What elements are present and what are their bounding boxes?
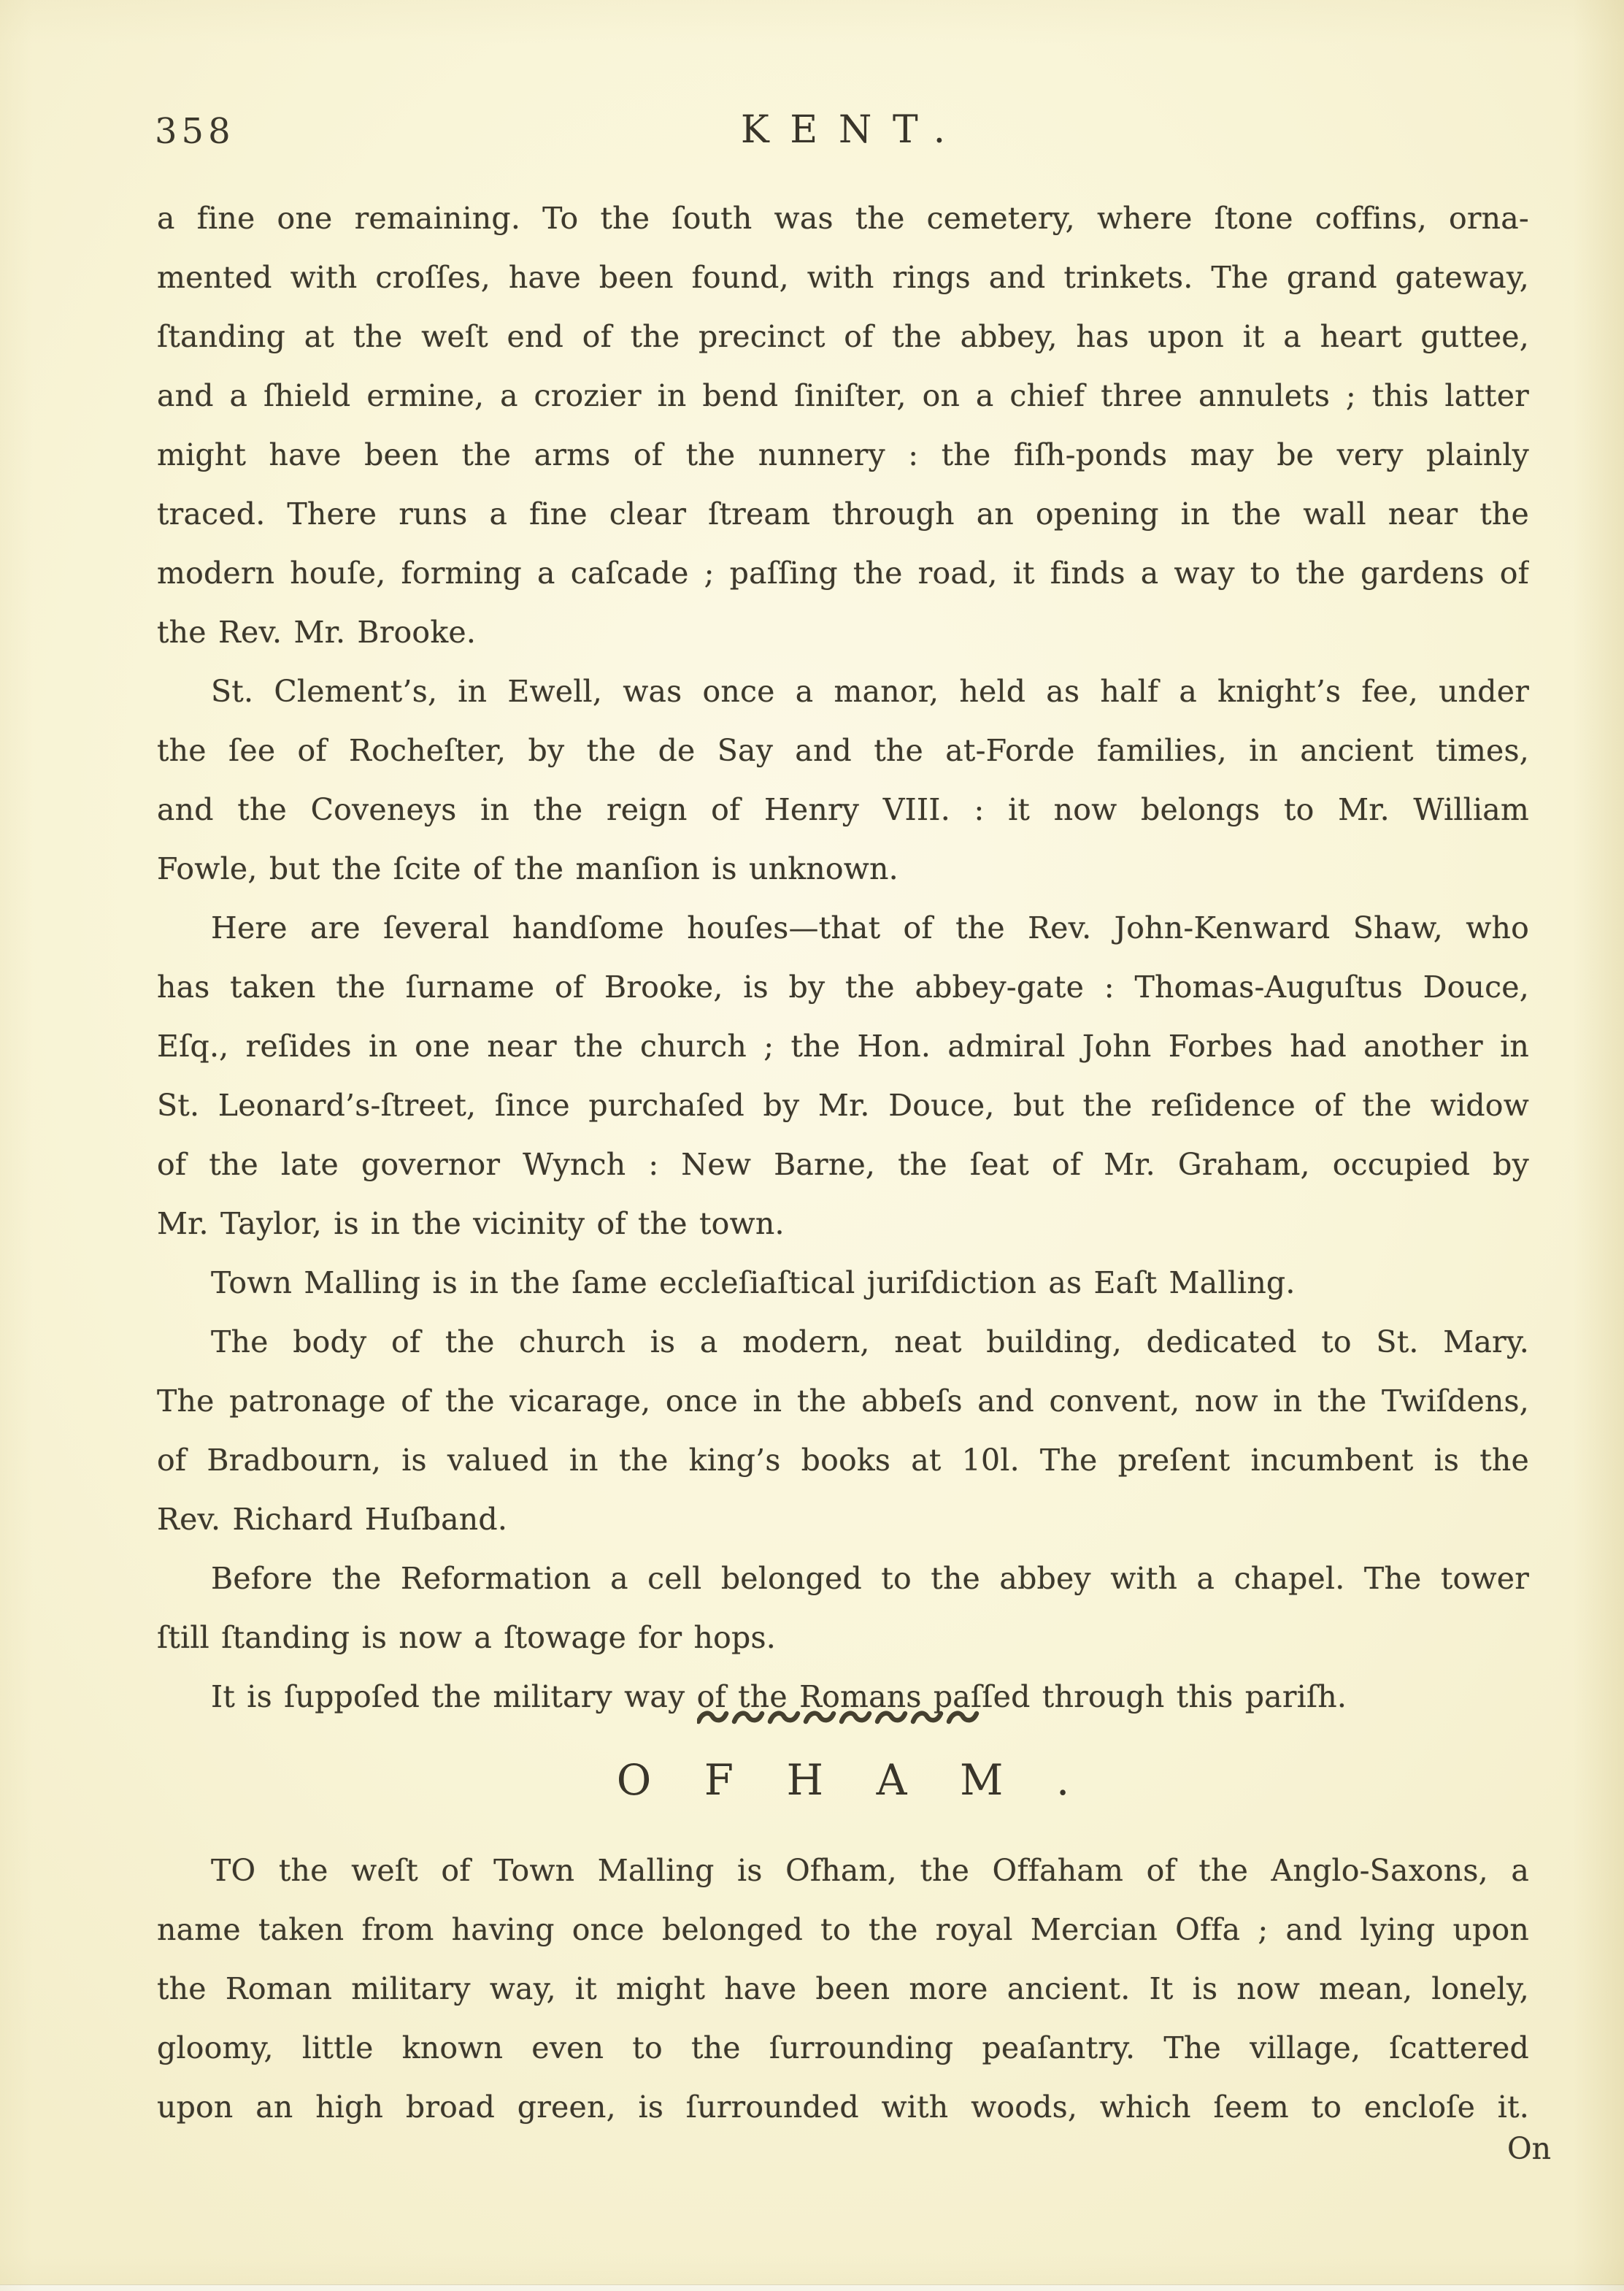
book-page-scan: 358 KENT. a fine one remaining. To the ſ… bbox=[0, 0, 1624, 2291]
text-line: and a ſhield ermine, a crozier in bend ſ… bbox=[157, 367, 1529, 426]
text-line: Eſq., reſides in one near the church ; t… bbox=[157, 1017, 1529, 1076]
text-line: Fowle, but the ſcite of the manſion is u… bbox=[157, 840, 1529, 899]
text-line: The body of the church is a modern, neat… bbox=[157, 1313, 1529, 1372]
text-line: TO the weſt of Town Malling is Ofham, th… bbox=[157, 1841, 1529, 1900]
text-line: modern houſe, forming a caſcade ; paſſin… bbox=[157, 544, 1529, 603]
text-line: might have been the arms of the nunnery … bbox=[157, 426, 1529, 485]
scan-edge bbox=[0, 2284, 1624, 2291]
paragraph: Town Malling is in the ſame eccleſiaſtic… bbox=[157, 1254, 1529, 1313]
catchword: On bbox=[1507, 2130, 1551, 2167]
text-line: St. Clement’s, in Ewell, was once a mano… bbox=[157, 662, 1529, 721]
ofham-text-block: TO the weſt of Town Malling is Ofham, th… bbox=[157, 1841, 1529, 2137]
running-header: KENT. bbox=[157, 107, 1529, 153]
paragraph: Before the Reformation a cell belonged t… bbox=[157, 1549, 1529, 1668]
paragraph: The body of the church is a modern, neat… bbox=[157, 1313, 1529, 1549]
text-line: name taken from having once belonged to … bbox=[157, 1900, 1529, 1960]
text-line: traced. There runs a fine clear ſtream t… bbox=[157, 485, 1529, 544]
text-line: of the late governor Wynch : New Barne, … bbox=[157, 1135, 1529, 1194]
text-line: a fine one remaining. To the ſouth was t… bbox=[157, 189, 1529, 248]
text-line: Before the Reformation a cell belonged t… bbox=[157, 1549, 1529, 1608]
paragraph: St. Clement’s, in Ewell, was once a mano… bbox=[157, 662, 1529, 899]
text-line: The patronage of the vicarage, once in t… bbox=[157, 1372, 1529, 1431]
text-line: ſtill ſtanding is now a ſtowage for hops… bbox=[157, 1608, 1529, 1668]
text-line: and the Coveneys in the reign of Henry V… bbox=[157, 780, 1529, 840]
paragraph: a fine one remaining. To the ſouth was t… bbox=[157, 189, 1529, 662]
text-line: Town Malling is in the ſame eccleſiaſtic… bbox=[157, 1254, 1529, 1313]
paragraph: Here are ſeveral handſome houſes—that of… bbox=[157, 899, 1529, 1254]
text-line: gloomy, little known even to the ſurroun… bbox=[157, 2019, 1529, 2078]
ornament-divider bbox=[157, 1704, 1529, 1733]
text-line: the Rev. Mr. Brooke. bbox=[157, 603, 1529, 662]
text-line: has taken the ſurname of Brooke, is by t… bbox=[157, 958, 1529, 1017]
kent-text-block: a fine one remaining. To the ſouth was t… bbox=[157, 189, 1529, 1727]
paragraph: TO the weſt of Town Malling is Ofham, th… bbox=[157, 1841, 1529, 2137]
text-line: St. Leonard’s-ſtreet, ſince purchaſed by… bbox=[157, 1076, 1529, 1135]
text-line: upon an high broad green, is ſurrounded … bbox=[157, 2078, 1529, 2137]
text-line: Here are ſeveral handſome houſes—that of… bbox=[157, 899, 1529, 958]
text-line: the ſee of Rocheſter, by the de Say and … bbox=[157, 721, 1529, 780]
text-line: ſtanding at the weſt end of the precinct… bbox=[157, 307, 1529, 367]
text-line: the Roman military way, it might have be… bbox=[157, 1960, 1529, 2019]
text-line: mented with croſſes, have been found, wi… bbox=[157, 248, 1529, 307]
squiggle-divider-icon bbox=[697, 1708, 989, 1730]
text-line: Mr. Taylor, is in the vicinity of the to… bbox=[157, 1194, 1529, 1254]
text-line: of Bradbourn, is valued in the king’s bo… bbox=[157, 1431, 1529, 1490]
section-heading-ofham: OFHAM. bbox=[157, 1754, 1529, 1806]
text-line: Rev. Richard Huſband. bbox=[157, 1490, 1529, 1549]
